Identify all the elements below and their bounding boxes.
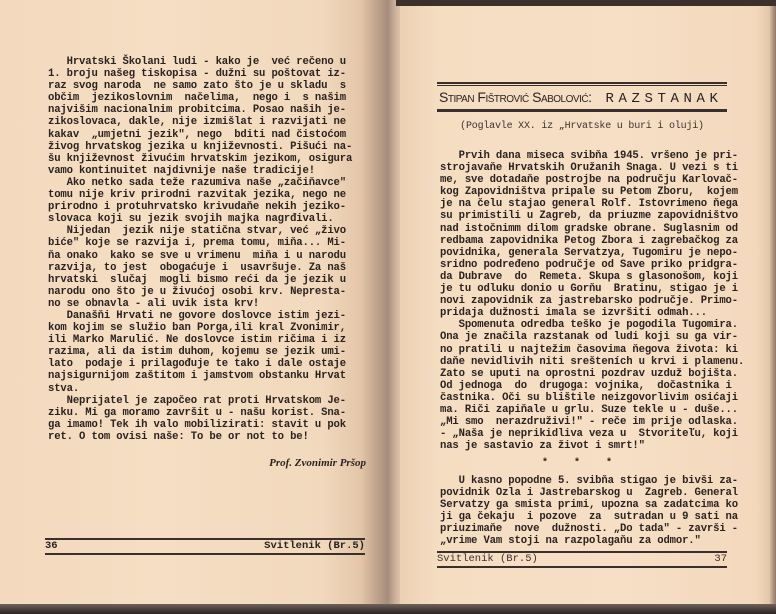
text-line: Zato se uputi na oprostni pozdrav uzduž … (440, 368, 730, 380)
text-line: „Mi smo nerazdruživi!" - reče im prije o… (440, 416, 730, 428)
text-line: častnika. Oči su blištile neizgovorlivim… (440, 392, 730, 404)
article-header: Stipan Fištrović Sabolović: RAZSTANAK (437, 82, 727, 112)
publication-name: Svitlenik (Br.5) (264, 540, 365, 553)
text-line: Od jednoga do drugoga: vojnika, dočastni… (440, 380, 730, 392)
text-line: vamo kontinuitet najdivnije naše tradici… (48, 165, 362, 177)
section-separator: * * * (440, 458, 724, 469)
text-line: Prvih dana miseca svibňa 1945. vršeno je… (440, 150, 730, 162)
footer-rule-bottom (45, 553, 365, 555)
text-line: Hrvatski Školani ludi - kako je već reče… (48, 56, 362, 68)
text-line: ji ga čekaju i pozove za sutradan u 9 sa… (440, 511, 730, 523)
right-page-footer: Svitlenik (Br.5) 37 (437, 551, 727, 568)
text-line: kakav „umjetni jezik", nego bditi nad či… (48, 129, 362, 141)
left-page-footer: 36 Svitlenik (Br.5) (45, 538, 365, 555)
text-line: Nijedan jezik nije statična stvar, već „… (48, 225, 362, 237)
text-line: ili Marko Marulić. Ne doslovce istim rič… (48, 334, 362, 346)
text-line: ret. O tom ovisi naše: To be or not to b… (48, 431, 362, 443)
text-line: - „Naša je neprikidliva veza u Stvoriteľ… (440, 428, 730, 440)
publication-name: Svitlenik (Br.5) (437, 553, 538, 566)
text-line: je tu odluku donio u Gorňu Bratinu, stig… (440, 283, 730, 295)
text-line: je na čelu stajao general Rolf. Istovrim… (440, 198, 730, 210)
text-line: kom kojim se služio ban Porga,ili kral Z… (48, 322, 362, 334)
text-line: razima, ali da istim duhom, kojemu se je… (48, 346, 362, 358)
text-line: občim jezikoslovnim načelima, nego i s n… (48, 92, 362, 104)
text-line: no se obnavla - ali uvik ista krv! (48, 298, 362, 310)
text-line: ziku. Mi ga moramo završit u - našu kori… (48, 407, 362, 419)
text-line: povidnik Ozla i Jastrebarskog u Zagreb. … (440, 487, 730, 499)
text-line: ma. Riči zapiňale u grlu. Suze tekle u -… (440, 404, 730, 416)
page-number: 36 (45, 540, 58, 553)
text-line: nas je sastavio za život i smrt!" (440, 440, 730, 452)
text-line: redbama zapovidnika Petog Zbora i zagreb… (440, 235, 730, 247)
text-line: sridno podređeno područje od Save priko … (440, 259, 730, 271)
text-line: živog hrvatskog jezika u književnosti. P… (48, 141, 362, 153)
text-line: narodu ono što je u živućoj osobi krv. N… (48, 286, 362, 298)
article-subtitle: (Poglavle XX. iz „Hrvatske u buri i oluj… (437, 121, 727, 132)
article-author: Stipan Fištrović Sabolović: (439, 86, 591, 108)
text-line: Spomenuta odredba teško je pogodila Tugo… (440, 319, 730, 331)
text-line: Današňi Hrvati ne govore doslovce istim … (48, 310, 362, 322)
text-line: lato podaje i prilagođuje te tako i dale… (48, 358, 362, 370)
article-title: RAZSTANAK (605, 88, 722, 110)
text-line: priuzimaňe nove dužnosti. „Do tada" - za… (440, 523, 730, 535)
text-line: Ona je značila razstanak od ludi koji su… (440, 331, 730, 343)
text-line: ňa onako kako se sve u vrimenu miňa i u … (48, 250, 362, 262)
text-line: me, sve dotadaňe postrojbe na području K… (440, 174, 730, 186)
text-line: najvišim nacionalnim probitcima. Posao n… (48, 104, 362, 116)
author-signature: Prof. Zvonimir Pršop (210, 457, 366, 469)
text-line: biće" koje se razvija i, prema tomu, miň… (48, 237, 362, 249)
text-line: Servatzy ga smista primi, upozna sa zada… (440, 499, 730, 511)
text-line: ga imamo! Tek ih valo mobilizirati: stav… (48, 419, 362, 431)
text-line: nad istočnimm dilom gradske obrane. Sugl… (440, 223, 730, 235)
title-rule-bottom (437, 110, 727, 112)
book-spread: Hrvatski Školani ludi - kako je već reče… (0, 0, 776, 614)
right-page-body: Prvih dana miseca svibňa 1945. vršeno je… (440, 150, 730, 452)
footer-rule-bottom (437, 566, 727, 568)
text-line: no pratili u najtežim časovima ňegova ži… (440, 344, 730, 356)
text-line: U kasno popodne 5. svibňa stigao je bivš… (440, 475, 730, 487)
text-line: da Dubrave do Remeta. Skupa s glasonošom… (440, 271, 730, 283)
text-line: Neprijatel je započeo rat proti Hrvatsko… (48, 395, 362, 407)
text-line: novi zapovidnik za jastrebarsko područje… (440, 295, 730, 307)
background-edge-bottom (0, 604, 776, 614)
left-page-body: Hrvatski Školani ludi - kako je već reče… (48, 56, 362, 443)
text-line: „vrime Vam stoji na razpolagaňu za odmor… (440, 535, 730, 547)
text-line: hrvatski slučaj mogli bismo reći da je j… (48, 274, 362, 286)
text-line: kog Zapovidništva pripale su Petom Zboru… (440, 186, 730, 198)
text-line: daňe nevidlivih niti srešteních u krvi i… (440, 356, 730, 368)
text-line: pridaja dužnosti imala se izvršiti odmah… (440, 307, 730, 319)
text-line: 1. broju našeg tiskopisa - dužni su pošt… (48, 68, 362, 80)
text-line: raz svog naroda ne samo zato što je u sk… (48, 80, 362, 92)
text-line: slovaca koji su jezik svojih majka nagrđ… (48, 213, 362, 225)
text-line: šu književnost živućim hrvatskim jezikom… (48, 153, 362, 165)
text-line: strojavaňe Hrvatskih Oružanih Snaga. U v… (440, 162, 730, 174)
text-line: najsigurnijom zaštitom i jamstvom obstan… (48, 370, 362, 382)
right-page-body-continued: U kasno popodne 5. svibňa stigao je bivš… (440, 475, 730, 548)
text-line: su primistili u Zagreb, da priuzme zapov… (440, 210, 730, 222)
text-line: razvija, to jest obogaćuje i usavršuje. … (48, 262, 362, 274)
text-line: Ako netko sada teže razumiva naše „začiň… (48, 177, 362, 189)
text-line: stva. (48, 383, 362, 395)
text-line: tomu nije kriv prirodni razvitak jezika,… (48, 189, 362, 201)
page-number: 37 (714, 553, 727, 566)
title-rule-top (437, 82, 727, 84)
text-line: povidnika, generala Servatzya, Tugomiru … (440, 247, 730, 259)
text-line: prirodno i protuhrvatsko krivudaňe nekih… (48, 201, 362, 213)
text-line: zikoslovaca, dakle, nije izmišlat i razv… (48, 116, 362, 128)
page-edge-right (770, 6, 776, 606)
